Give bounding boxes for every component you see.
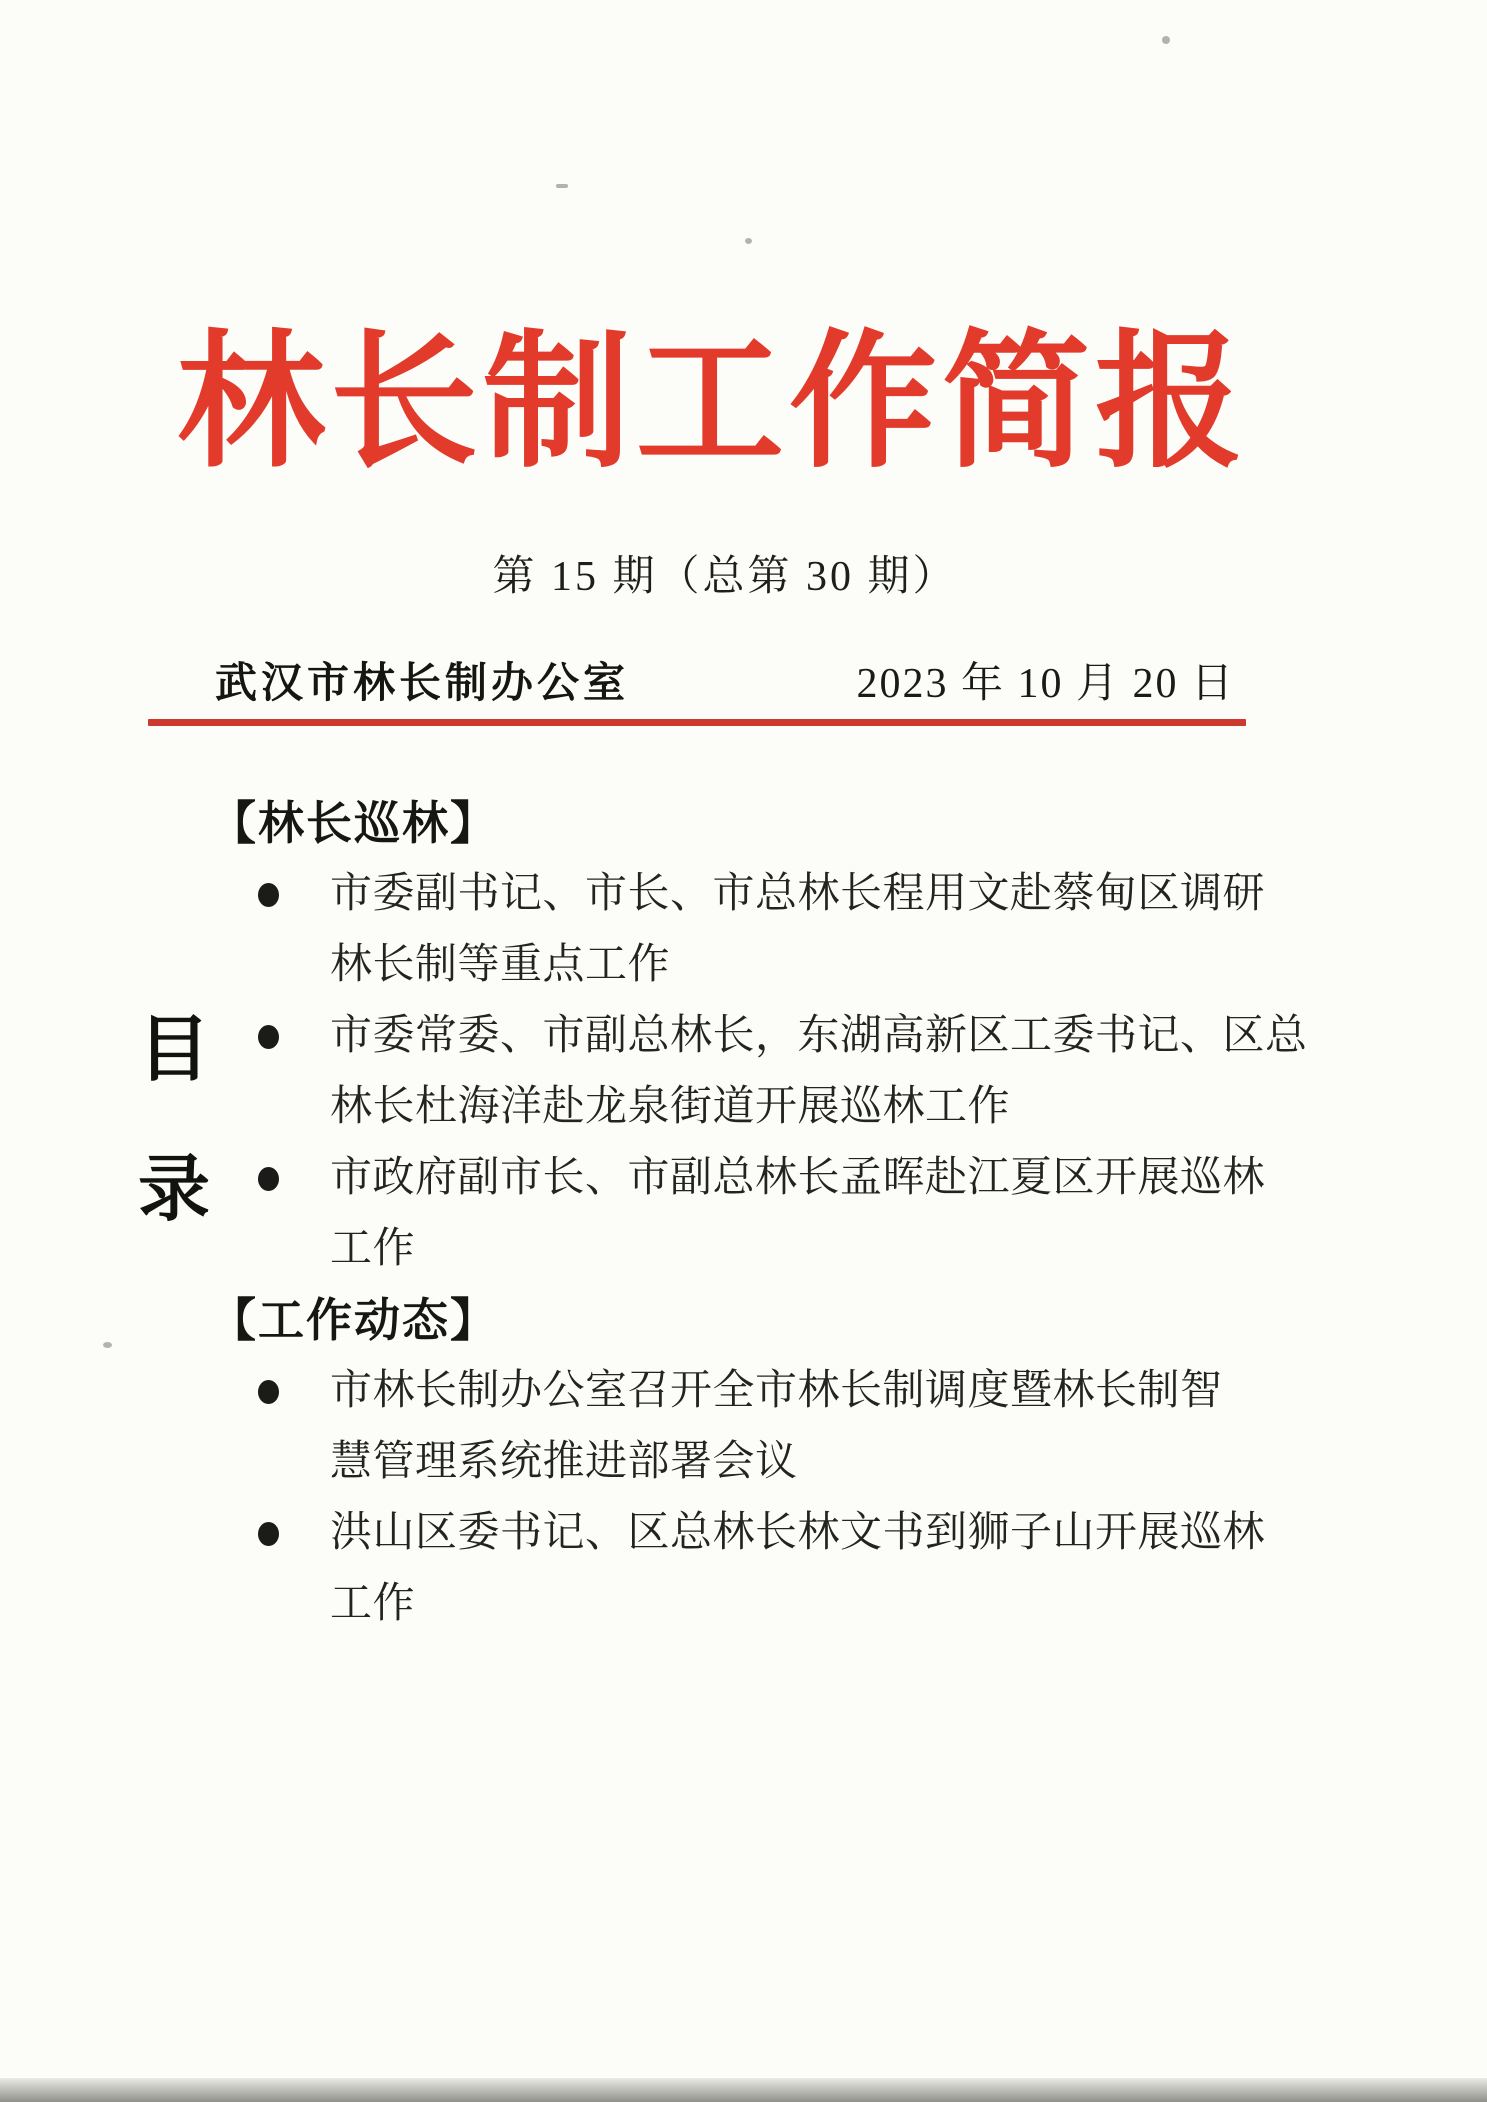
toc-item: 市林长制办公室召开全市林长制调度暨林长制智 慧管理系统推进部署会议: [210, 1356, 1285, 1498]
scan-speck: [1162, 36, 1170, 44]
toc-item-line: 市委常委、市副总林长，东湖高新区工委书记、区总: [330, 1001, 1285, 1072]
toc-item-text: 市委常委、市副总林长，东湖高新区工委书记、区总 林长杜海洋赴龙泉街道开展巡林工作: [330, 1001, 1285, 1143]
scanned-bulletin-page: 林长制工作简报 第 15 期（总第 30 期） 武汉市林长制办公室 2023 年…: [0, 0, 1487, 2102]
toc-item-text: 市林长制办公室召开全市林长制调度暨林长制智 慧管理系统推进部署会议: [330, 1356, 1285, 1498]
toc-item-line: 市委副书记、市长、市总林长程用文赴蔡甸区调研: [330, 859, 1285, 930]
toc-item-text: 洪山区委书记、区总林长林文书到狮子山开展巡林 工作: [330, 1498, 1285, 1640]
issue-date: 2023 年 10 月 20 日: [856, 650, 1235, 710]
toc-item-line: 林长杜海洋赴龙泉街道开展巡林工作: [330, 1072, 1285, 1143]
red-divider-rule: [148, 719, 1246, 726]
bullet-icon: [258, 1380, 279, 1404]
toc-item: 市委副书记、市长、市总林长程用文赴蔡甸区调研 林长制等重点工作: [210, 859, 1285, 1001]
toc-item: 洪山区委书记、区总林长林文书到狮子山开展巡林 工作: [210, 1498, 1285, 1640]
scan-speck: [745, 238, 752, 244]
toc-item-line: 市政府副市长、市副总林长孟晖赴江夏区开展巡林: [330, 1143, 1285, 1214]
scan-edge-shadow: [0, 2078, 1487, 2102]
issue-number-line: 第 15 期（总第 30 期）: [450, 552, 1000, 602]
section-header-forest-chief-patrol: 【林长巡林】: [210, 788, 1285, 859]
toc-label-char-lu: 录: [138, 1154, 210, 1226]
bullet-icon: [258, 1167, 279, 1191]
toc-item-line: 工作: [330, 1569, 1285, 1640]
toc-item: 市政府副市长、市副总林长孟晖赴江夏区开展巡林 工作: [210, 1143, 1285, 1285]
bulletin-title: 林长制工作简报: [170, 330, 1255, 478]
toc-item-text: 市委副书记、市长、市总林长程用文赴蔡甸区调研 林长制等重点工作: [330, 859, 1285, 1001]
toc-item-text: 市政府副市长、市副总林长孟晖赴江夏区开展巡林 工作: [330, 1143, 1285, 1285]
toc-item-line: 慧管理系统推进部署会议: [330, 1427, 1285, 1498]
bullet-icon: [258, 883, 279, 907]
scan-speck: [103, 1342, 112, 1348]
issuing-organization: 武汉市林长制办公室: [215, 650, 629, 710]
section-header-work-updates: 【工作动态】: [210, 1285, 1285, 1356]
masthead-row: 武汉市林长制办公室 2023 年 10 月 20 日: [215, 650, 1235, 706]
table-of-contents: 【林长巡林】 市委副书记、市长、市总林长程用文赴蔡甸区调研 林长制等重点工作 市…: [210, 788, 1285, 1640]
toc-item-line: 洪山区委书记、区总林长林文书到狮子山开展巡林: [330, 1498, 1285, 1569]
toc-item-line: 市林长制办公室召开全市林长制调度暨林长制智: [330, 1356, 1285, 1427]
bullet-icon: [258, 1025, 279, 1049]
toc-vertical-label: 目 录: [138, 1014, 210, 1226]
toc-item: 市委常委、市副总林长，东湖高新区工委书记、区总 林长杜海洋赴龙泉街道开展巡林工作: [210, 1001, 1285, 1143]
toc-label-char-mu: 目: [138, 1014, 210, 1086]
toc-item-line: 林长制等重点工作: [330, 930, 1285, 1001]
toc-item-line: 工作: [330, 1214, 1285, 1285]
scan-speck: [556, 184, 568, 188]
bullet-icon: [258, 1522, 279, 1546]
